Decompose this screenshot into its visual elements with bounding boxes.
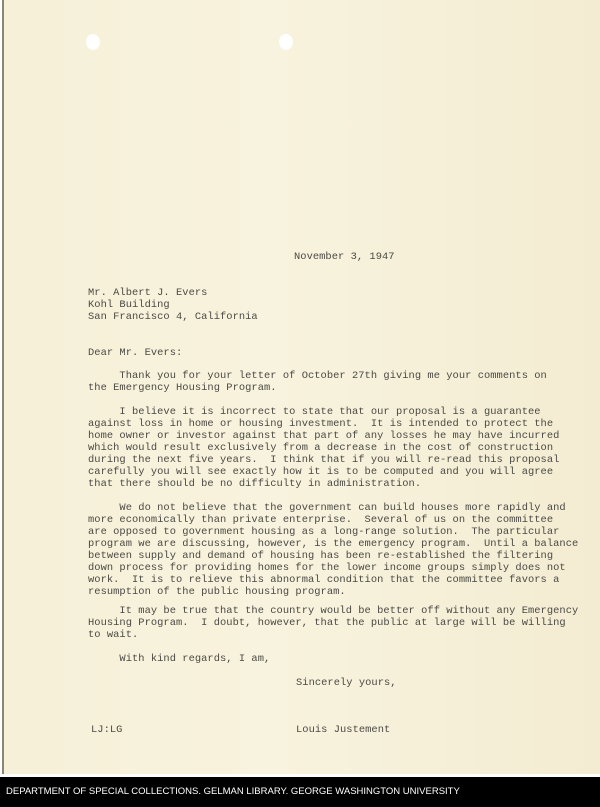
recipient-address-line-2: San Francisco 4, California <box>88 311 258 323</box>
paragraph-line: against loss in home or housing investme… <box>88 418 553 430</box>
paragraph-line: which would result exclusively from a de… <box>88 442 553 454</box>
punch-hole-left <box>86 34 100 50</box>
paragraph-line: more economically than private enterpris… <box>88 514 553 526</box>
paragraph-line: to wait. <box>88 629 138 641</box>
paragraph-line: resumption of the public housing program… <box>88 586 346 598</box>
letter-page: November 3, 1947 Mr. Albert J. Evers Koh… <box>2 0 600 774</box>
letter-date: November 3, 1947 <box>294 251 395 263</box>
paragraph-line: I believe it is incorrect to state that … <box>88 406 541 418</box>
paragraph-line: between supply and demand of housing has… <box>88 550 553 562</box>
paragraph-line: home owner or investor against that part… <box>88 430 559 442</box>
paragraph-line: Thank you for your letter of October 27t… <box>88 370 547 382</box>
salutation: Dear Mr. Evers: <box>88 347 182 359</box>
paragraph-line: the Emergency Housing Program. <box>88 382 277 394</box>
punch-hole-right <box>279 34 293 50</box>
paragraph-line: that there should be no difficulty in ad… <box>88 478 421 490</box>
closing: Sincerely yours, <box>296 677 397 689</box>
archive-caption: DEPARTMENT OF SPECIAL COLLECTIONS. GELMA… <box>6 786 460 797</box>
paragraph-line: With kind regards, I am, <box>88 653 270 665</box>
paragraph-line: down process for providing homes for the… <box>88 562 566 574</box>
signature-name: Louis Justement <box>296 724 390 736</box>
paragraph-line: are opposed to government housing as a l… <box>88 526 559 538</box>
reference-initials: LJ:LG <box>91 724 122 736</box>
paragraph-line: carefully you will see exactly how it is… <box>88 466 553 478</box>
paragraph-line: Housing Program. I doubt, however, that … <box>88 617 566 629</box>
paragraph-line: work. It is to relieve this abnormal con… <box>88 574 559 586</box>
paragraph-line: It may be true that the country would be… <box>88 605 578 617</box>
paragraph-line: We do not believe that the government ca… <box>88 502 566 514</box>
archive-caption-bar: DEPARTMENT OF SPECIAL COLLECTIONS. GELMA… <box>0 777 600 807</box>
recipient-name: Mr. Albert J. Evers <box>88 287 207 299</box>
paragraph-line: program we are discussing, however, is t… <box>88 538 578 550</box>
paragraph-line: during the next five years. I think that… <box>88 454 559 466</box>
recipient-address-line-1: Kohl Building <box>88 299 170 311</box>
